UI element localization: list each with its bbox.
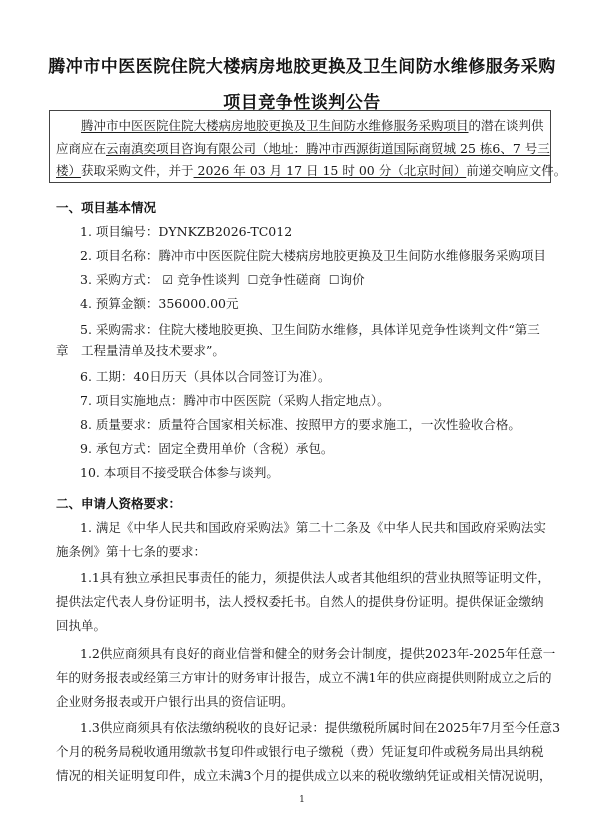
qual-para-3-line-1: 1.2供应商须具有良好的商业信誉和健全的财务会计制度，提供2023年-2025年… (80, 646, 555, 662)
notice-deadline: 2026 年 03 月 17 日 15 时 00 分（北京时间） (194, 163, 467, 178)
item-contract-mode: 9. 承包方式：固定全费用单价（含税）承包。 (80, 441, 333, 457)
item-location: 7. 项目实施地点：腾冲市中医医院（采购人指定地点）。 (80, 393, 390, 409)
checkbox-unchecked-icon[interactable]: ☐ (329, 272, 340, 288)
qual-para-2-line-2: 提供法定代表人身份证明书，法人授权委托书。自然人的提供身份证明。提供保证金缴纳 (56, 594, 544, 610)
option-competitive-consultation: 竞争性磋商 (258, 272, 321, 287)
qual-para-3-line-2: 年的财务报表或经第三方审计的财务审计报告，成立不满1年的供应商提供则附成立之后的 (56, 670, 551, 686)
item-requirements: 5. 采购需求：住院大楼地胶更换、卫生间防水维修，具体详见竞争性谈判文件“第三 (80, 322, 540, 338)
section-1-heading: 一、项目基本情况 (56, 198, 156, 216)
option-inquiry: 询价 (340, 272, 365, 287)
qual-para-3-line-3: 企业财务报表或开户银行出具的资信证明。 (56, 694, 294, 710)
item-requirements-cont: 章 工程量清单及技术要求”。 (56, 343, 225, 359)
qual-para-4-line-3: 情况的相关证明复印件，成立未满3个月的提供成立以来的税收缴纳凭证或相关情况说明， (56, 768, 551, 784)
item-consortium: 10. 本项目不接受联合体参与谈判。 (80, 465, 279, 481)
document-page: 腾冲市中医医院住院大楼病房地胶更换及卫生间防水维修服务采购 项目竞争性谈判公告 … (0, 0, 604, 837)
checkbox-unchecked-icon[interactable]: ☐ (248, 272, 259, 288)
qual-para-2-line-1: 1.1具有独立承担民事责任的能力，须提供法人或者其他组织的营业执照等证明文件， (80, 570, 550, 586)
qual-para-2-line-3: 回执单。 (56, 618, 106, 634)
item-duration: 6. 工期：40日历天（具体以合同签订为准）。 (80, 369, 331, 385)
page-number: 1 (0, 795, 604, 805)
item-budget: 4. 预算金额：356000.00元 (80, 296, 239, 312)
item-quality: 8. 质量要求：质量符合国家相关标准、按照甲方的要求施工，一次性验收合格。 (80, 417, 521, 433)
notice-agency: 云南滇奕项目咨询有限公司（地址：腾冲市西源街道国际商贸城 25 栋6、7 号三 (106, 141, 550, 156)
qual-para-4-line-2: 个月的税务局税收通用缴款书复印件或银行电子缴税（费）凭证复印件或税务局出具纳税 (56, 744, 544, 760)
notice-line-2: 应商应在云南滇奕项目咨询有限公司（地址：腾冲市西源街道国际商贸城 25 栋6、7… (56, 141, 550, 157)
notice-line-3: 楼）获取采购文件，并于 2026 年 03 月 17 日 15 时 00 分（北… (56, 163, 566, 179)
section-2-heading: 二、申请人资格要求： (56, 494, 181, 512)
option-competitive-negotiation: 竞争性谈判 (173, 272, 239, 287)
qual-para-1-line-2: 施条例》第十七条的要求： (56, 544, 206, 560)
notice-line-1: 腾冲市中医医院住院大楼病房地胶更换及卫生间防水维修服务采购项目的潜在谈判供 (81, 118, 544, 134)
qual-para-4-line-1: 1.3供应商须具有依法缴纳税收的良好记录：提供缴税所属时间在2025年7月至今任… (80, 720, 560, 736)
item-procurement-method: 3. 采购方式： ☑ 竞争性谈判 ☐竞争性磋商 ☐询价 (80, 272, 365, 288)
qual-para-1-line-1: 1. 满足《中华人民共和国政府采购法》第二十二条及《中华人民共和国政府采购法实 (80, 520, 546, 536)
item-project-number: 1. 项目编号：DYNKZB2026-TC012 (80, 224, 292, 240)
notice-project-name: 腾冲市中医医院住院大楼病房地胶更换及卫生间防水维修服务采购项目 (81, 118, 469, 133)
item-project-name: 2. 项目名称：腾冲市中医医院住院大楼病房地胶更换及卫生间防水维修服务采购项目 (80, 248, 546, 264)
checkbox-checked-icon[interactable]: ☑ (162, 272, 173, 288)
document-title-line-1: 腾冲市中医医院住院大楼病房地胶更换及卫生间防水维修服务采购 (0, 52, 604, 77)
